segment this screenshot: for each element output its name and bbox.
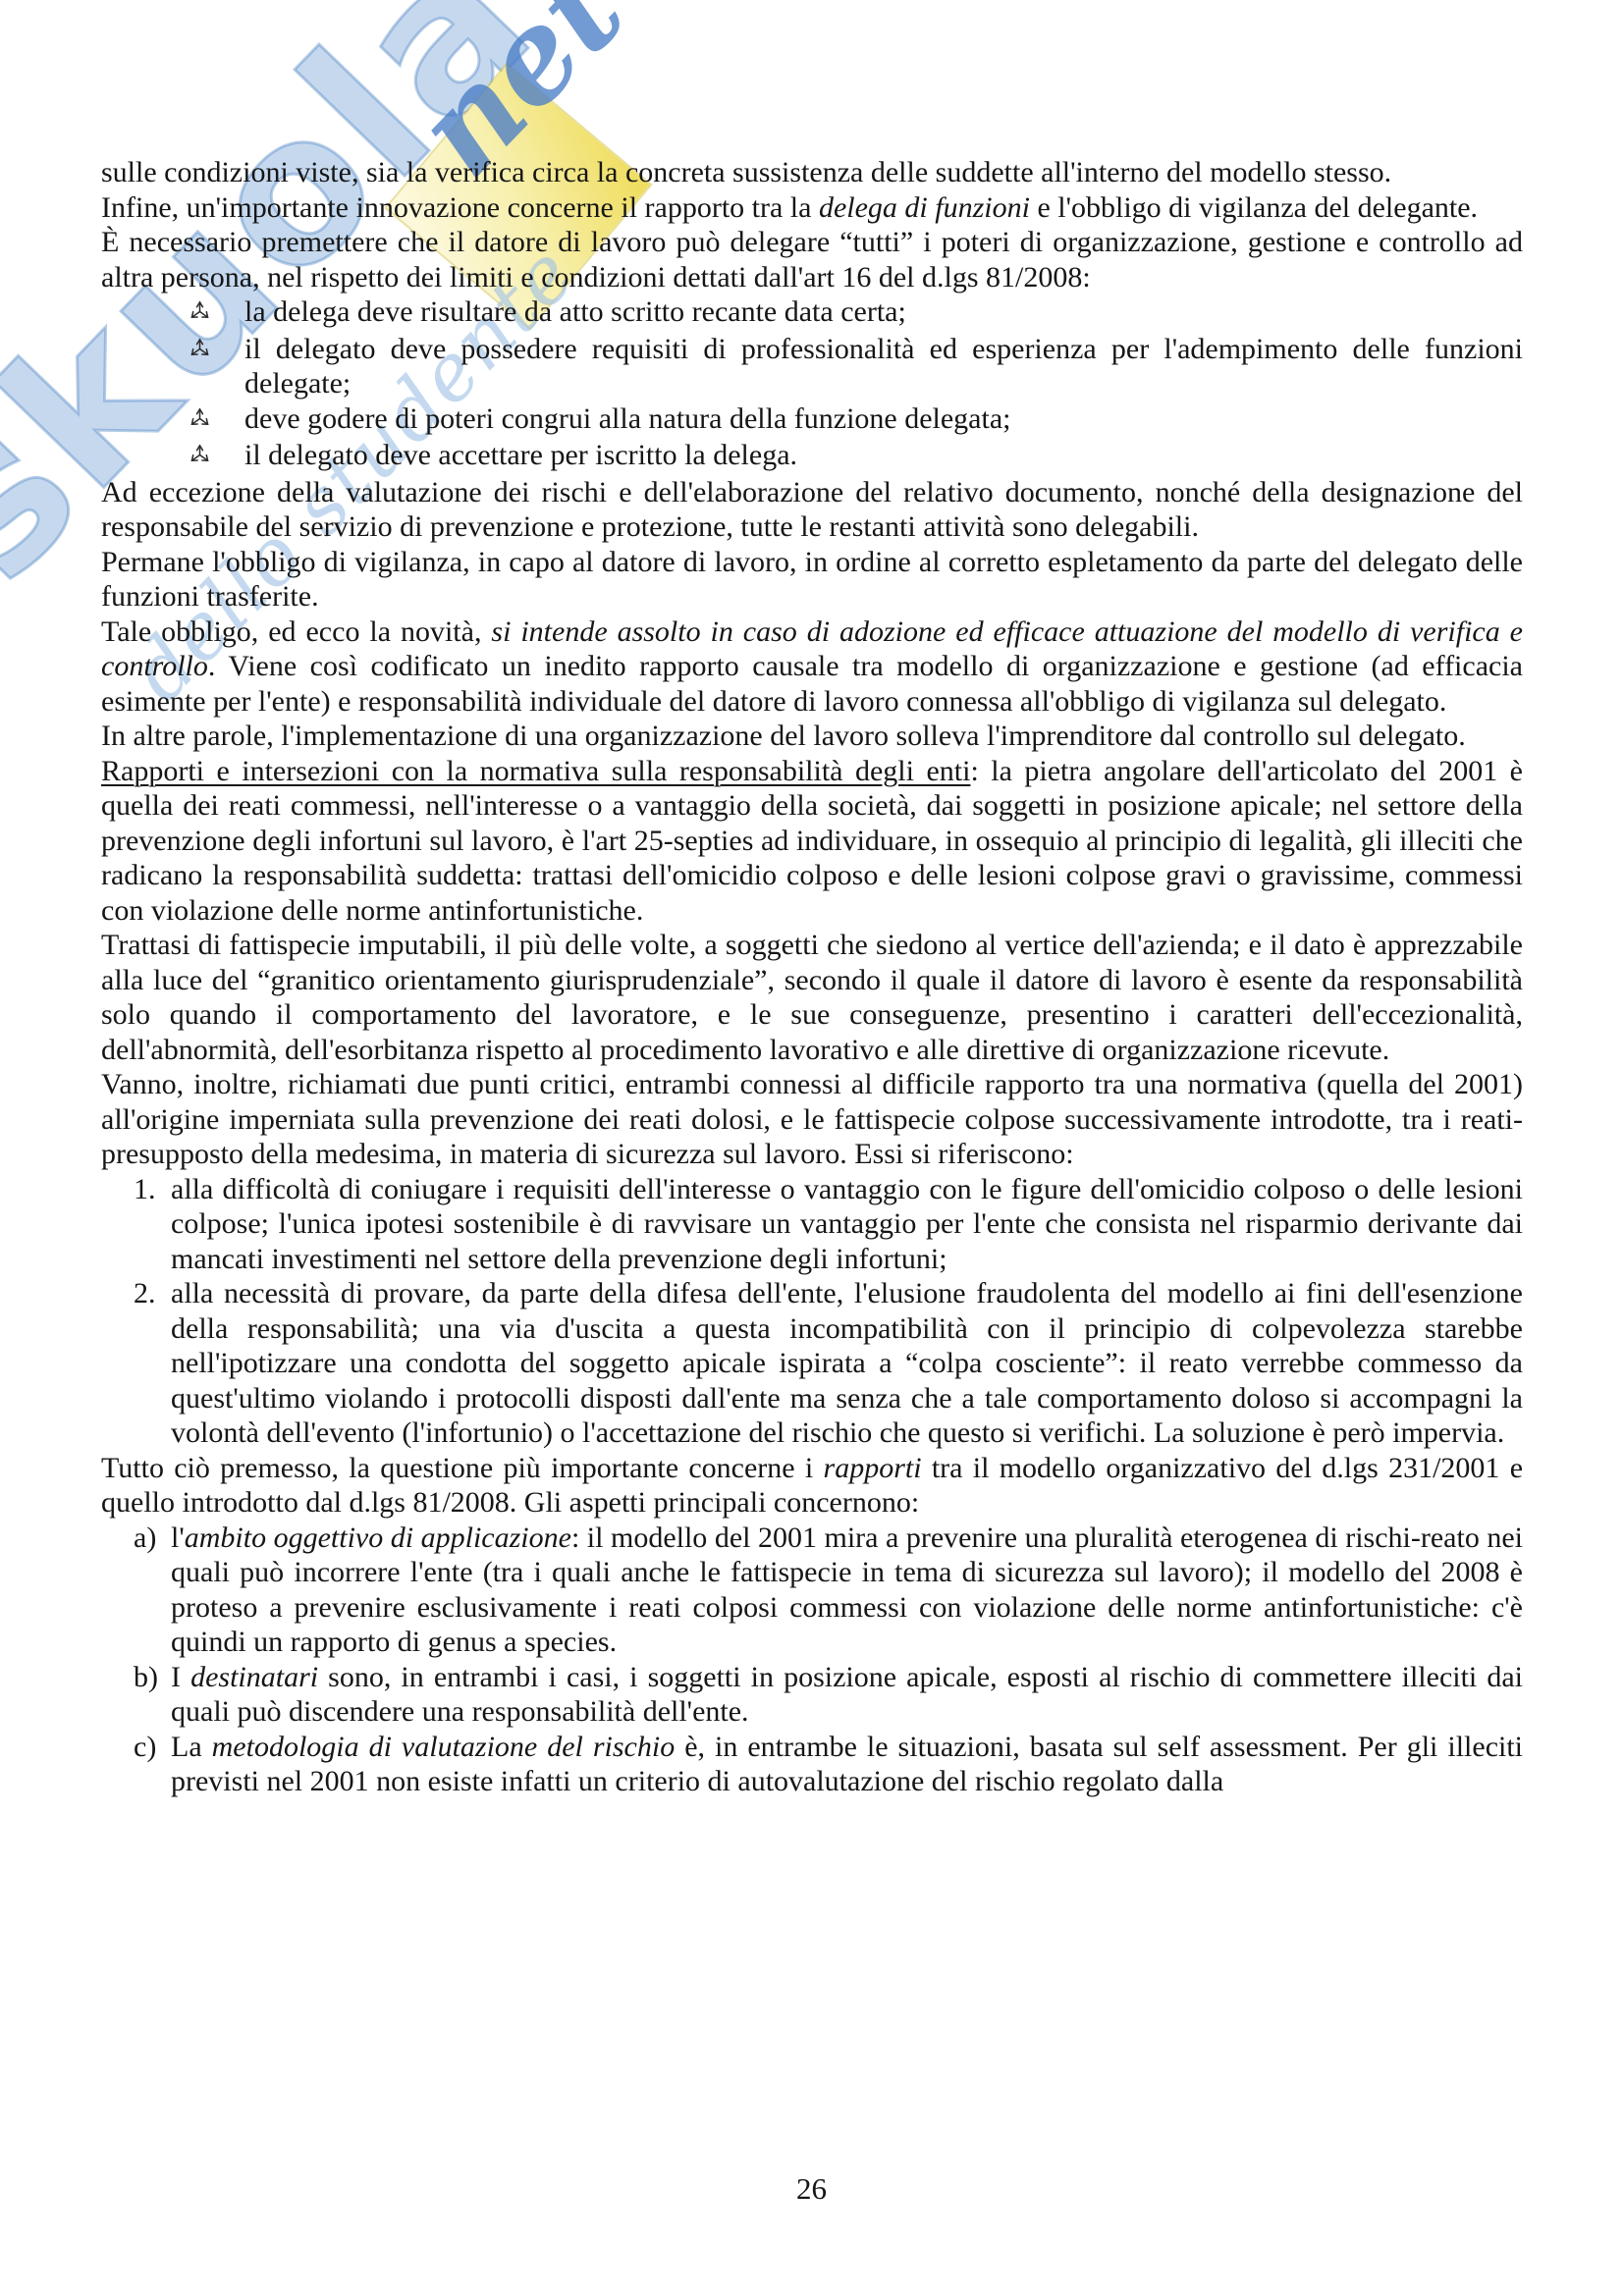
list-item: c)La metodologia di valutazione del risc… <box>134 1730 1523 1799</box>
body-text: alla necessità di provare, da parte dell… <box>171 1277 1523 1449</box>
body-text: I <box>171 1661 190 1693</box>
body-text: la delega deve risultare da atto scritto… <box>244 295 906 328</box>
bullet-marker <box>189 332 244 369</box>
body-text: Ad eccezione della valutazione dei risch… <box>101 476 1523 544</box>
three-point-star-bullet-icon <box>189 444 210 466</box>
document-page: skuola net dello studente sulle condizio… <box>0 0 1623 2296</box>
body-text: Vanno, inoltre, richiamati due punti cri… <box>101 1068 1523 1170</box>
body-text: l' <box>171 1522 185 1554</box>
paragraph: Ad eccezione della valutazione dei risch… <box>101 475 1523 545</box>
list-item: a)l'ambito oggettivo di applicazione: il… <box>134 1521 1523 1660</box>
bullet-list: la delega deve risultare da atto scritto… <box>101 294 1523 475</box>
body-text: Tale obbligo, ed ecco la novità, <box>101 615 491 648</box>
body-text: Permane l'obbligo di vigilanza, in capo … <box>101 546 1523 614</box>
body-text: In altre parole, l'implementazione di un… <box>101 720 1466 752</box>
paragraph: Tutto ciò premesso, la questione più imp… <box>101 1451 1523 1521</box>
body-text: È necessario premettere che il datore di… <box>101 226 1523 294</box>
paragraph: Tale obbligo, ed ecco la novità, si inte… <box>101 614 1523 720</box>
bullet-marker <box>189 401 244 439</box>
body-text: Tutto ciò premesso, la questione più imp… <box>101 1452 824 1484</box>
page-number: 26 <box>0 2171 1623 2207</box>
list-item: il delegato deve possedere requisiti di … <box>189 332 1523 401</box>
list-item: deve godere di poteri congrui alla natur… <box>189 401 1523 439</box>
three-point-star-bullet-icon <box>189 338 210 360</box>
list-item: la delega deve risultare da atto scritto… <box>189 294 1523 332</box>
underlined-heading-text: Rapporti e intersezioni con la normativa… <box>101 755 970 787</box>
list-item-text: I destinatari sono, in entrambi i casi, … <box>171 1660 1523 1730</box>
body-text: Trattasi di fattispecie imputabili, il p… <box>101 929 1523 1066</box>
list-marker: b) <box>134 1660 171 1695</box>
body-text: alla difficoltà di coniugare i requisiti… <box>171 1173 1523 1275</box>
list-item-text: alla necessità di provare, da parte dell… <box>171 1276 1523 1451</box>
paragraph: Infine, un'importante innovazione concer… <box>101 190 1523 226</box>
body-text: sulle condizioni viste, sia la verifica … <box>101 156 1391 188</box>
list-item: il delegato deve accettare per iscritto … <box>189 438 1523 475</box>
italic-text: ambito oggettivo di applicazione <box>185 1522 571 1554</box>
body-text: La <box>171 1731 212 1763</box>
list-marker: 1. <box>134 1172 171 1207</box>
body-text: sono, in entrambi i casi, i soggetti in … <box>171 1661 1523 1729</box>
body-text: il delegato deve accettare per iscritto … <box>244 439 797 471</box>
list-item: 1.alla difficoltà di coniugare i requisi… <box>134 1172 1523 1277</box>
italic-text: rapporti <box>824 1452 922 1484</box>
paragraph: In altre parole, l'implementazione di un… <box>101 719 1523 754</box>
three-point-star-bullet-icon <box>189 407 210 430</box>
bullet-marker <box>189 294 244 332</box>
list-item-text: deve godere di poteri congrui alla natur… <box>244 401 1523 437</box>
three-point-star-bullet-icon <box>189 300 210 323</box>
document-body: sulle condizioni viste, sia la verifica … <box>101 155 1523 1799</box>
italic-text: metodologia di valutazione del rischio <box>212 1731 676 1763</box>
list-item-text: l'ambito oggettivo di applicazione: il m… <box>171 1521 1523 1660</box>
list-marker: 2. <box>134 1276 171 1311</box>
body-text: il delegato deve possedere requisiti di … <box>244 333 1523 400</box>
paragraph: Rapporti e intersezioni con la normativa… <box>101 754 1523 929</box>
italic-text: delega di funzioni <box>819 191 1030 224</box>
list-item-text: alla difficoltà di coniugare i requisiti… <box>171 1172 1523 1277</box>
body-text: e l'obbligo di vigilanza del delegante. <box>1030 191 1478 224</box>
paragraph: Trattasi di fattispecie imputabili, il p… <box>101 928 1523 1067</box>
ordered-list: 1.alla difficoltà di coniugare i requisi… <box>101 1172 1523 1451</box>
paragraph: Permane l'obbligo di vigilanza, in capo … <box>101 545 1523 614</box>
list-item-text: il delegato deve accettare per iscritto … <box>244 438 1523 473</box>
list-item: 2.alla necessità di provare, da parte de… <box>134 1276 1523 1451</box>
list-item: b)I destinatari sono, in entrambi i casi… <box>134 1660 1523 1730</box>
list-marker: a) <box>134 1521 171 1556</box>
list-item-text: La metodologia di valutazione del rischi… <box>171 1730 1523 1799</box>
paragraph: È necessario premettere che il datore di… <box>101 225 1523 294</box>
list-marker: c) <box>134 1730 171 1765</box>
bullet-marker <box>189 438 244 475</box>
list-item-text: la delega deve risultare da atto scritto… <box>244 294 1523 330</box>
italic-text: destinatari <box>190 1661 318 1693</box>
paragraph: sulle condizioni viste, sia la verifica … <box>101 155 1523 190</box>
body-text: Infine, un'importante innovazione concer… <box>101 191 819 224</box>
ordered-list: a)l'ambito oggettivo di applicazione: il… <box>101 1521 1523 1799</box>
paragraph: Vanno, inoltre, richiamati due punti cri… <box>101 1067 1523 1172</box>
body-text: . Viene così codificato un inedito rappo… <box>101 650 1523 718</box>
body-text: deve godere di poteri congrui alla natur… <box>244 402 1010 435</box>
list-item-text: il delegato deve possedere requisiti di … <box>244 332 1523 401</box>
